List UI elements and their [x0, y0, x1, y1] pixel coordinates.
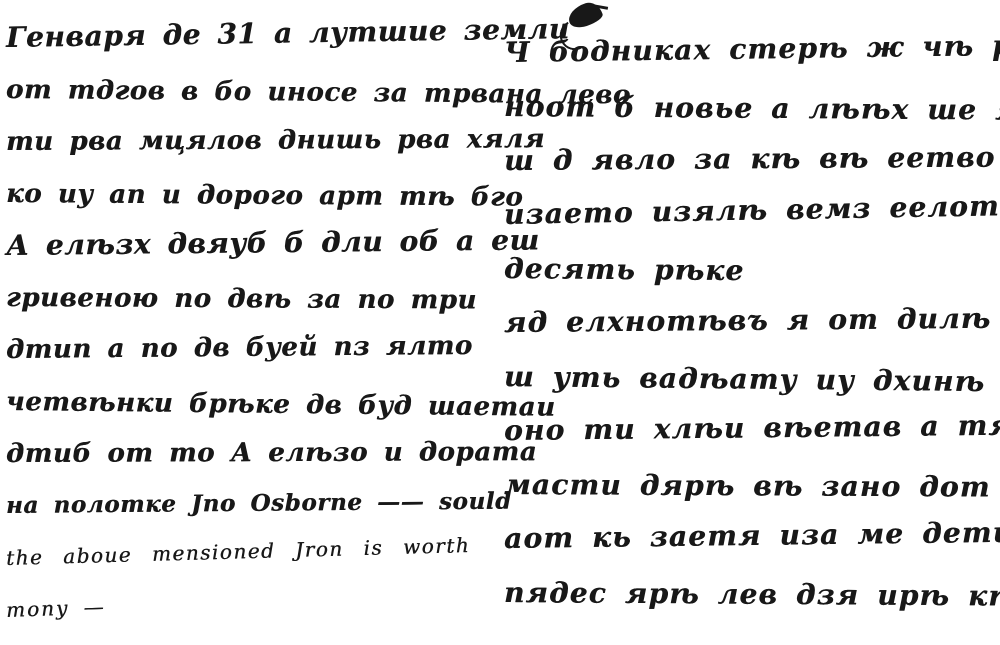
handwritten-line: аот кь заетя иза ме детити — [504, 506, 997, 566]
handwritten-line: пядес ярѣ лев дзя ирѣ кѣприлѣ — [504, 566, 996, 623]
handwritten-line: Ч бодниках стерѣ ж чѣ рорва — [504, 19, 997, 80]
handwritten-line: четвѣнки брѣке дв буд шаетаи — [6, 376, 473, 433]
handwritten-line: от тдгов в бо иносе за трвана лево — [6, 64, 472, 120]
handwritten-line: яд елхнотѣвъ я от дилѣ инѣ — [504, 292, 996, 350]
handwritten-line: изаето изялѣ вемз еелотяй — [504, 179, 997, 242]
handwritten-line: дтиб от то А елѣзо и дората — [6, 426, 472, 480]
handwritten-line: А елѣзх двяуб б дли об а еш — [6, 215, 473, 272]
handwritten-line: ноот б новье а лѣѣх ше яот — [504, 80, 996, 137]
handwritten-line: ш д явло за кѣ вѣ еетво — [504, 131, 996, 188]
handwritten-line: оно ти хлѣи вѣетав а тя — [504, 399, 997, 458]
handwritten-line: дтип а по дв буей пз ялто — [6, 320, 472, 376]
handwritten-line: ти рва мцялов днишь рва хяля — [6, 114, 472, 168]
manuscript-page-left: Генваря де 31 а лутшие земли от тдгов в … — [6, 12, 472, 636]
handwritten-line: Генваря де 31 а лутшие земли — [6, 5, 473, 64]
handwritten-line: гривеною по двѣ за по три — [6, 272, 472, 326]
manuscript-scan: Генваря де 31 а лутшие земли от тдгов в … — [0, 0, 1000, 645]
manuscript-page-right: Ч бодниках стерѣ ж чѣ рорва ноот б новье… — [504, 26, 996, 620]
